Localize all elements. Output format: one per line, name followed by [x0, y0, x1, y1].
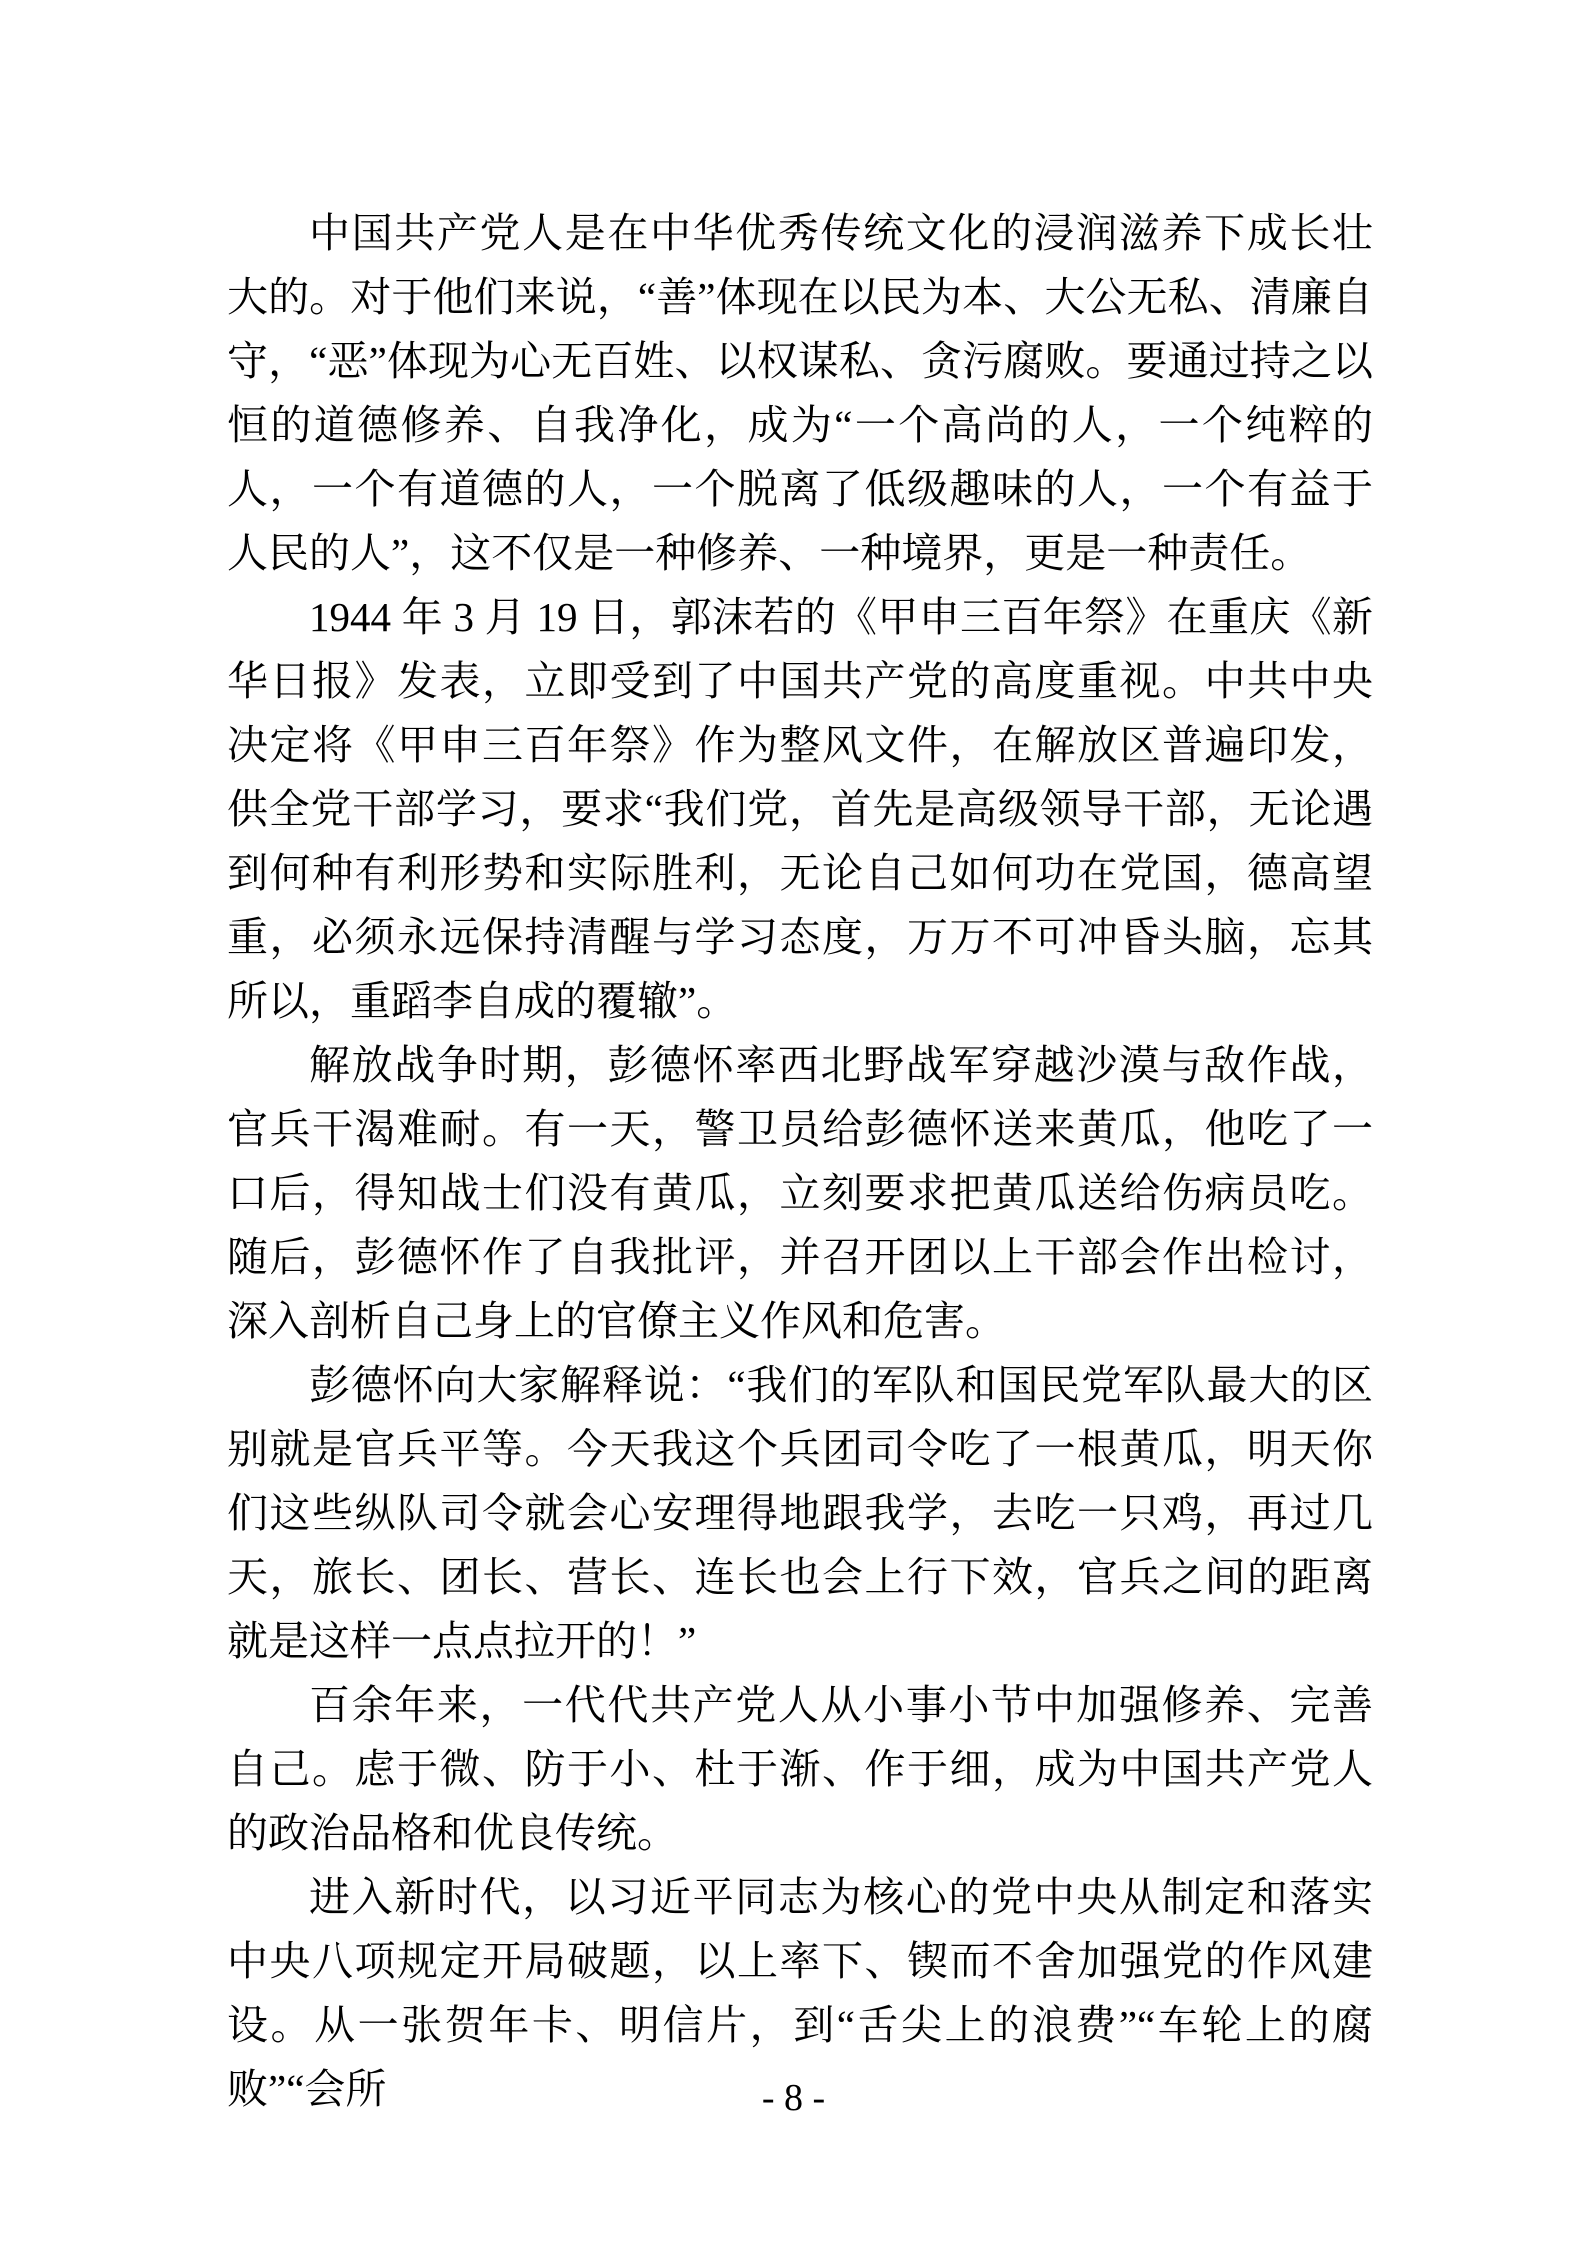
page-number: - 8 -	[0, 2076, 1587, 2120]
paragraph-1: 中国共产党人是在中华优秀传统文化的浸润滋养下成长壮大的。对于他们来说，“善”体现…	[227, 201, 1373, 585]
document-page: 中国共产党人是在中华优秀传统文化的浸润滋养下成长壮大的。对于他们来说，“善”体现…	[0, 0, 1587, 2245]
paragraph-3: 解放战争时期，彭德怀率西北野战军穿越沙漠与敌作战，官兵干渴难耐。有一天，警卫员给…	[227, 1033, 1373, 1353]
paragraph-4: 彭德怀向大家解释说：“我们的军队和国民党军队最大的区别就是官兵平等。今天我这个兵…	[227, 1353, 1373, 1673]
paragraph-5: 百余年来，一代代共产党人从小事小节中加强修养、完善自己。虑于微、防于小、杜于渐、…	[227, 1673, 1373, 1865]
document-body: 中国共产党人是在中华优秀传统文化的浸润滋养下成长壮大的。对于他们来说，“善”体现…	[227, 201, 1373, 2121]
paragraph-2: 1944 年 3 月 19 日，郭沫若的《甲申三百年祭》在重庆《新华日报》发表，…	[227, 585, 1373, 1033]
